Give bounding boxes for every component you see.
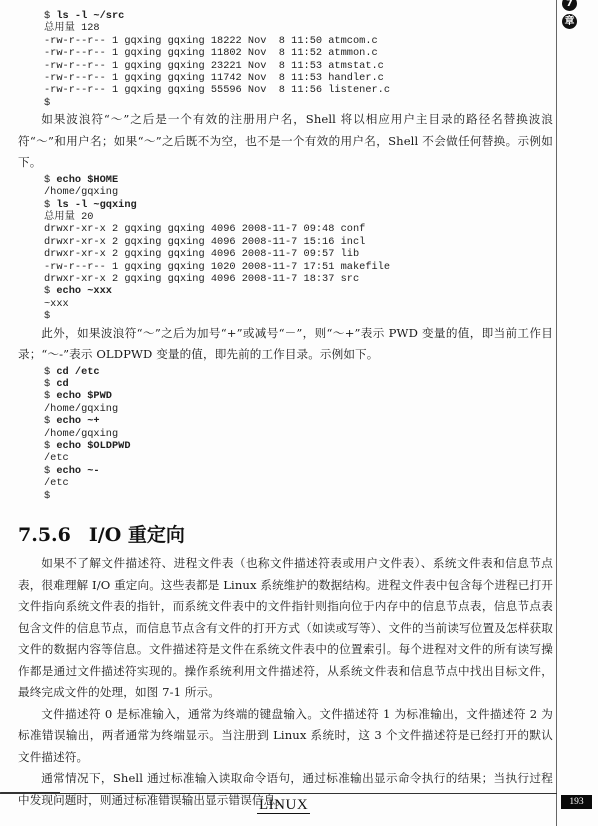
section-number: 7.5.6 <box>18 524 71 546</box>
listing-row: drwxr-xr-x 2 gqxing gqxing 4096 2008-11-… <box>44 223 365 235</box>
shell-command: echo ~+ <box>56 415 99 427</box>
paragraph-tilde-username: 如果波浪符“～”之后是一个有效的注册用户名，Shell 将以相应用户主目录的路径… <box>18 109 553 174</box>
shell-command: cd /etc <box>56 366 99 378</box>
book-page: 7 章 $ ls -l ~/src 总用量 128 -rw-r--r-- 1 g… <box>0 0 598 826</box>
paragraph-tilde-plus-minus: 此外，如果波浪符“～”之后为加号“+”或减号“－”，则“～+”表示 PWD 变量… <box>18 323 553 366</box>
total-line: 总用量 20 <box>44 211 93 223</box>
paragraph-io-intro: 如果不了解文件描述符、进程文件表（也称文件描述符表或用户文件表）、系统文件表和信… <box>18 553 553 704</box>
footer-logo: LINUX <box>257 797 310 814</box>
paragraph-file-descriptors: 文件描述符 0 是标准输入，通常为终端的键盘输入。文件描述符 1 为标准输出，文… <box>18 704 553 769</box>
listing-row: drwxr-xr-x 2 gqxing gqxing 4096 2008-11-… <box>44 236 365 248</box>
output-line: /home/gqxing <box>44 403 118 415</box>
total-line: 总用量 128 <box>44 22 100 34</box>
shell-command: echo ~xxx <box>56 285 112 297</box>
listing-row: -rw-r--r-- 1 gqxing gqxing 1020 2008-11-… <box>44 261 390 273</box>
code-block-home: $ echo $HOME /home/gqxing $ ls -l ~gqxin… <box>18 174 553 323</box>
output-line: ~xxx <box>44 298 69 310</box>
listing-row: -rw-r--r-- 1 gqxing gqxing 11742 Nov 8 1… <box>44 72 384 84</box>
listing-row: drwxr-xr-x 2 gqxing gqxing 4096 2008-11-… <box>44 273 359 285</box>
chapter-badge: 7 章 <box>562 0 584 32</box>
footer-rule <box>0 793 557 794</box>
output-line: /etc <box>44 477 69 489</box>
shell-command: echo ~- <box>56 465 99 477</box>
shell-command: echo $PWD <box>56 390 112 402</box>
chapter-label-icon: 章 <box>562 14 577 29</box>
output-line: /home/gqxing <box>44 428 118 440</box>
output-line: /etc <box>44 452 69 464</box>
listing-row: -rw-r--r-- 1 gqxing gqxing 55596 Nov 8 1… <box>44 84 390 96</box>
listing-row: -rw-r--r-- 1 gqxing gqxing 23221 Nov 8 1… <box>44 60 384 72</box>
shell-command: echo $HOME <box>56 174 118 186</box>
chapter-number-icon: 7 <box>562 0 577 11</box>
listing-row: -rw-r--r-- 1 gqxing gqxing 18222 Nov 8 1… <box>44 35 378 47</box>
shell-command: echo $OLDPWD <box>56 440 130 452</box>
shell-prompt: $ <box>44 97 50 109</box>
shell-command: ls -l ~gqxing <box>56 199 136 211</box>
output-line: /home/gqxing <box>44 186 118 198</box>
listing-row: drwxr-xr-x 2 gqxing gqxing 4096 2008-11-… <box>44 248 359 260</box>
shell-command: ls -l ~/src <box>56 10 124 22</box>
section-heading: 7.5.6I/O 重定向 <box>18 520 553 547</box>
margin-rule <box>556 0 557 826</box>
section-title: I/O 重定向 <box>89 524 185 546</box>
page-number: 193 <box>561 795 592 809</box>
page-content: $ ls -l ~/src 总用量 128 -rw-r--r-- 1 gqxin… <box>18 10 553 811</box>
shell-prompt: $ <box>44 310 50 322</box>
listing-row: -rw-r--r-- 1 gqxing gqxing 11802 Nov 8 1… <box>44 47 378 59</box>
shell-command: cd <box>56 378 68 390</box>
code-block-pwd: $ cd /etc $ cd $ echo $PWD /home/gqxing … <box>18 366 553 502</box>
code-block-ls-src: $ ls -l ~/src 总用量 128 -rw-r--r-- 1 gqxin… <box>18 10 553 109</box>
